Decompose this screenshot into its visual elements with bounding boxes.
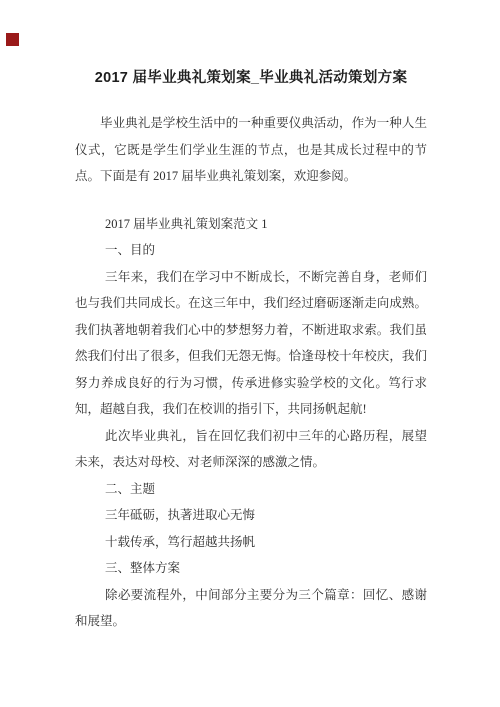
doc-paragraph: 此次毕业典礼，旨在回忆我们初中三年的心路历程，展望未来，表达对母校、对老师深深的… bbox=[75, 423, 427, 476]
red-marker bbox=[6, 33, 19, 46]
doc-heading: 一、目的 bbox=[75, 237, 427, 264]
doc-line: 十载传承，笃行超越共扬帆 bbox=[75, 529, 427, 556]
page-title: 2017 届毕业典礼策划案_毕业典礼活动策划方案 bbox=[75, 67, 427, 89]
document-content: 2017 届毕业典礼策划案_毕业典礼活动策划方案 毕业典礼是学校生活中的一种重要… bbox=[0, 0, 500, 635]
doc-line: 三年砥砺，执著进取心无悔 bbox=[75, 502, 427, 529]
document-page: 2017 届毕业典礼策划案_毕业典礼活动策划方案 毕业典礼是学校生活中的一种重要… bbox=[0, 0, 500, 707]
doc-sections: 2017 届毕业典礼策划案范文 1一、目的三年来，我们在学习中不断成长，不断完善… bbox=[75, 211, 427, 635]
intro-paragraph: 毕业典礼是学校生活中的一种重要仪典活动，作为一种人生仪式，它既是学生们学业生涯的… bbox=[75, 110, 427, 190]
doc-heading: 三、整体方案 bbox=[75, 555, 427, 582]
doc-heading: 二、主题 bbox=[75, 476, 427, 503]
doc-subtitle: 2017 届毕业典礼策划案范文 1 bbox=[75, 211, 427, 238]
doc-paragraph: 除必要流程外，中间部分主要分为三个篇章：回忆、感谢和展望。 bbox=[75, 582, 427, 635]
doc-paragraph: 三年来，我们在学习中不断成长，不断完善自身，老师们也与我们共同成长。在这三年中，… bbox=[75, 264, 427, 423]
